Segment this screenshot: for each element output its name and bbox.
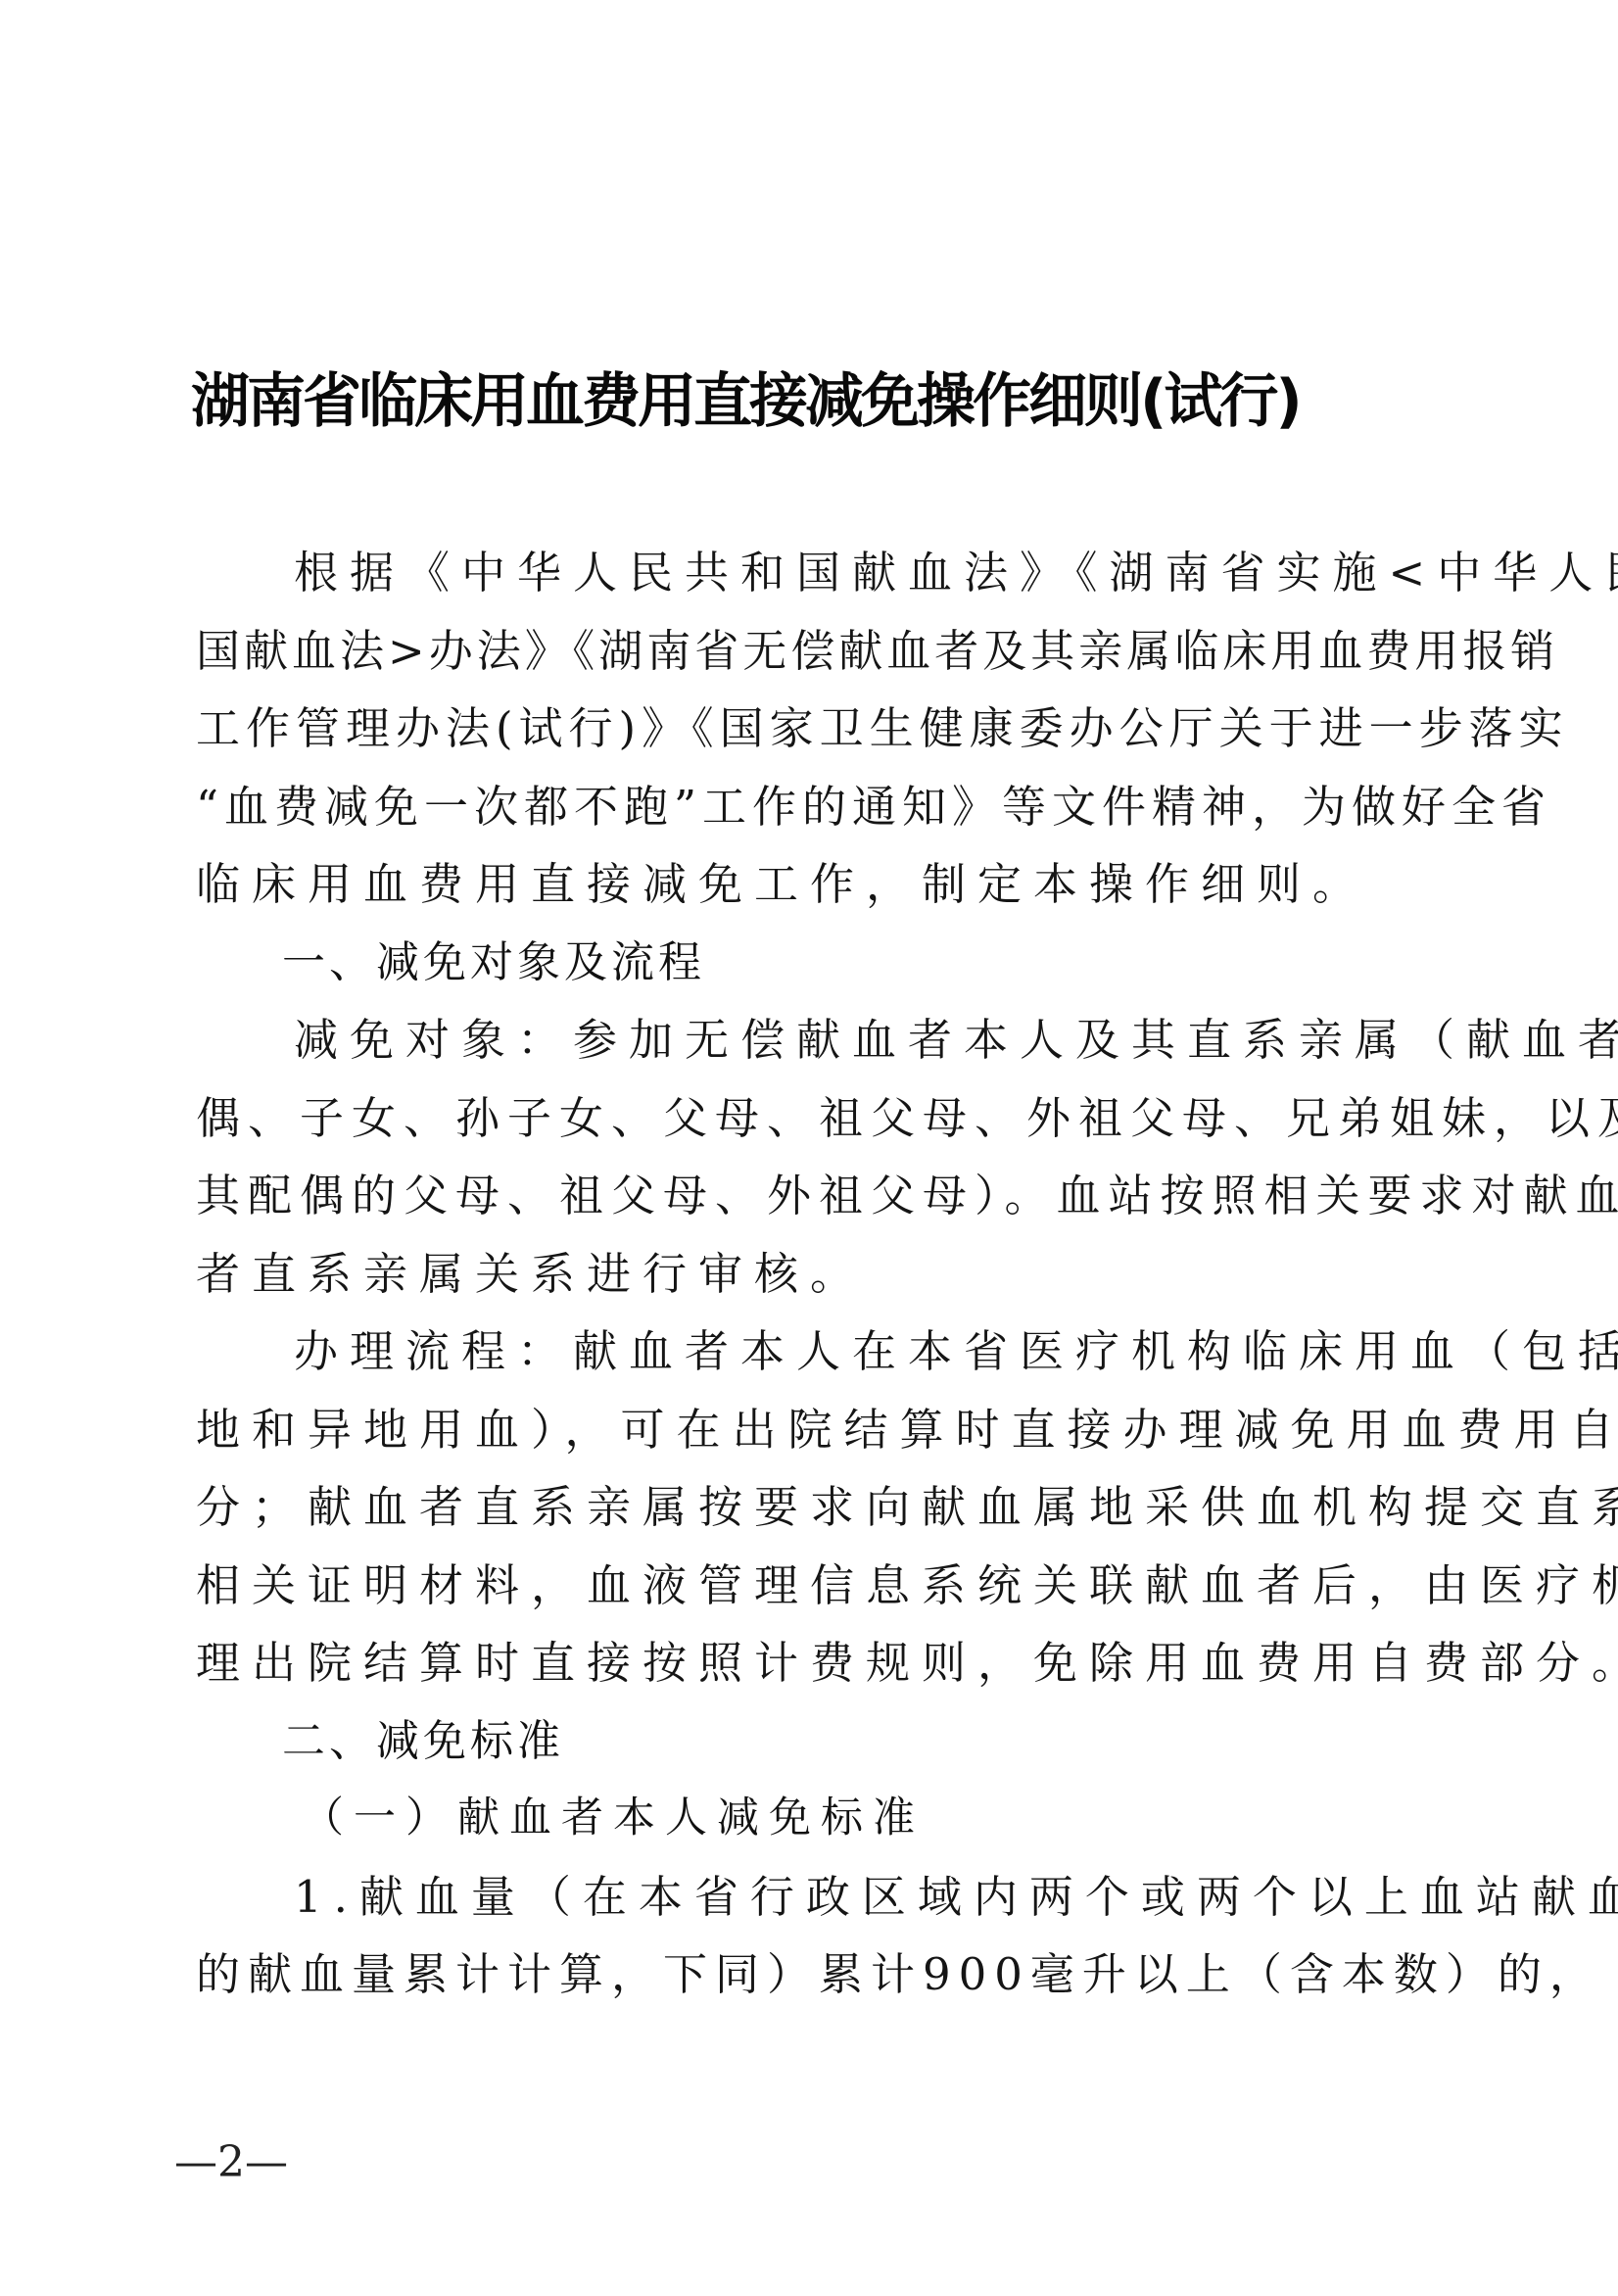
text-line: 国献血法>办法》《湖南省无偿献血者及其亲属临床用血费用报销 — [196, 612, 1396, 691]
text-line: 办理流程：献血者本人在本省医疗机构临床用血（包括献血 — [196, 1313, 1396, 1391]
text-line: “血费减免一次都不跑”工作的通知》等文件精神，为做好全省 — [196, 768, 1396, 846]
text-line: 工作管理办法(试行)》《国家卫生健康委办公厅关于进一步落实 — [196, 690, 1396, 768]
document-page: 湖南省临床用血费用直接减免操作细则(试行) 根据《中华人民共和国献血法》《湖南省… — [0, 0, 1618, 2296]
standard-item-1: 1.献血量（在本省行政区域内两个或两个以上血站献血 的献血量累计计算，下同）累计… — [196, 1858, 1396, 2014]
text-line: 偶、子女、孙子女、父母、祖父母、外祖父母、兄弟姐妹，以及 — [196, 1079, 1396, 1158]
eligibility-paragraph: 减免对象：参加无偿献血者本人及其直系亲属（献血者的配 偶、子女、孙子女、父母、祖… — [196, 1001, 1396, 1313]
subsection-heading: （一）献血者本人减免标准 — [196, 1780, 1396, 1858]
document-body: 根据《中华人民共和国献血法》《湖南省实施<中华人民共和 国献血法>办法》《湖南省… — [196, 534, 1396, 2014]
procedure-paragraph: 办理流程：献血者本人在本省医疗机构临床用血（包括献血 地和异地用血），可在出院结… — [196, 1313, 1396, 1702]
preamble-paragraph: 根据《中华人民共和国献血法》《湖南省实施<中华人民共和 国献血法>办法》《湖南省… — [196, 534, 1396, 924]
section-heading-2: 二、减免标准 — [196, 1702, 1396, 1781]
section-heading-1: 一、减免对象及流程 — [196, 924, 1396, 1002]
text-line: 减免对象：参加无偿献血者本人及其直系亲属（献血者的配 — [196, 1001, 1396, 1079]
text-line: 理出院结算时直接按照计费规则，免除用血费用自费部分。 — [196, 1624, 1396, 1702]
text-line: 其配偶的父母、祖父母、外祖父母）。血站按照相关要求对献血 — [196, 1157, 1396, 1235]
text-line: 临床用血费用直接减免工作，制定本操作细则。 — [196, 845, 1396, 924]
text-line: 根据《中华人民共和国献血法》《湖南省实施<中华人民共和 — [196, 534, 1396, 612]
text-line: 分；献血者直系亲属按要求向献血属地采供血机构提交直系亲属 — [196, 1468, 1396, 1547]
document-title: 湖南省临床用血费用直接减免操作细则(试行) — [191, 362, 1445, 441]
text-line: 者直系亲属关系进行审核。 — [196, 1235, 1396, 1314]
text-line: 相关证明材料，血液管理信息系统关联献血者后，由医疗机构办 — [196, 1547, 1396, 1625]
text-line: 1.献血量（在本省行政区域内两个或两个以上血站献血 — [196, 1858, 1396, 1937]
text-line: 地和异地用血），可在出院结算时直接办理减免用血费用自费部 — [196, 1391, 1396, 1469]
text-line: 的献血量累计计算，下同）累计900毫升以上（含本数）的， — [196, 1936, 1396, 2014]
page-number: —2— — [174, 2133, 288, 2192]
